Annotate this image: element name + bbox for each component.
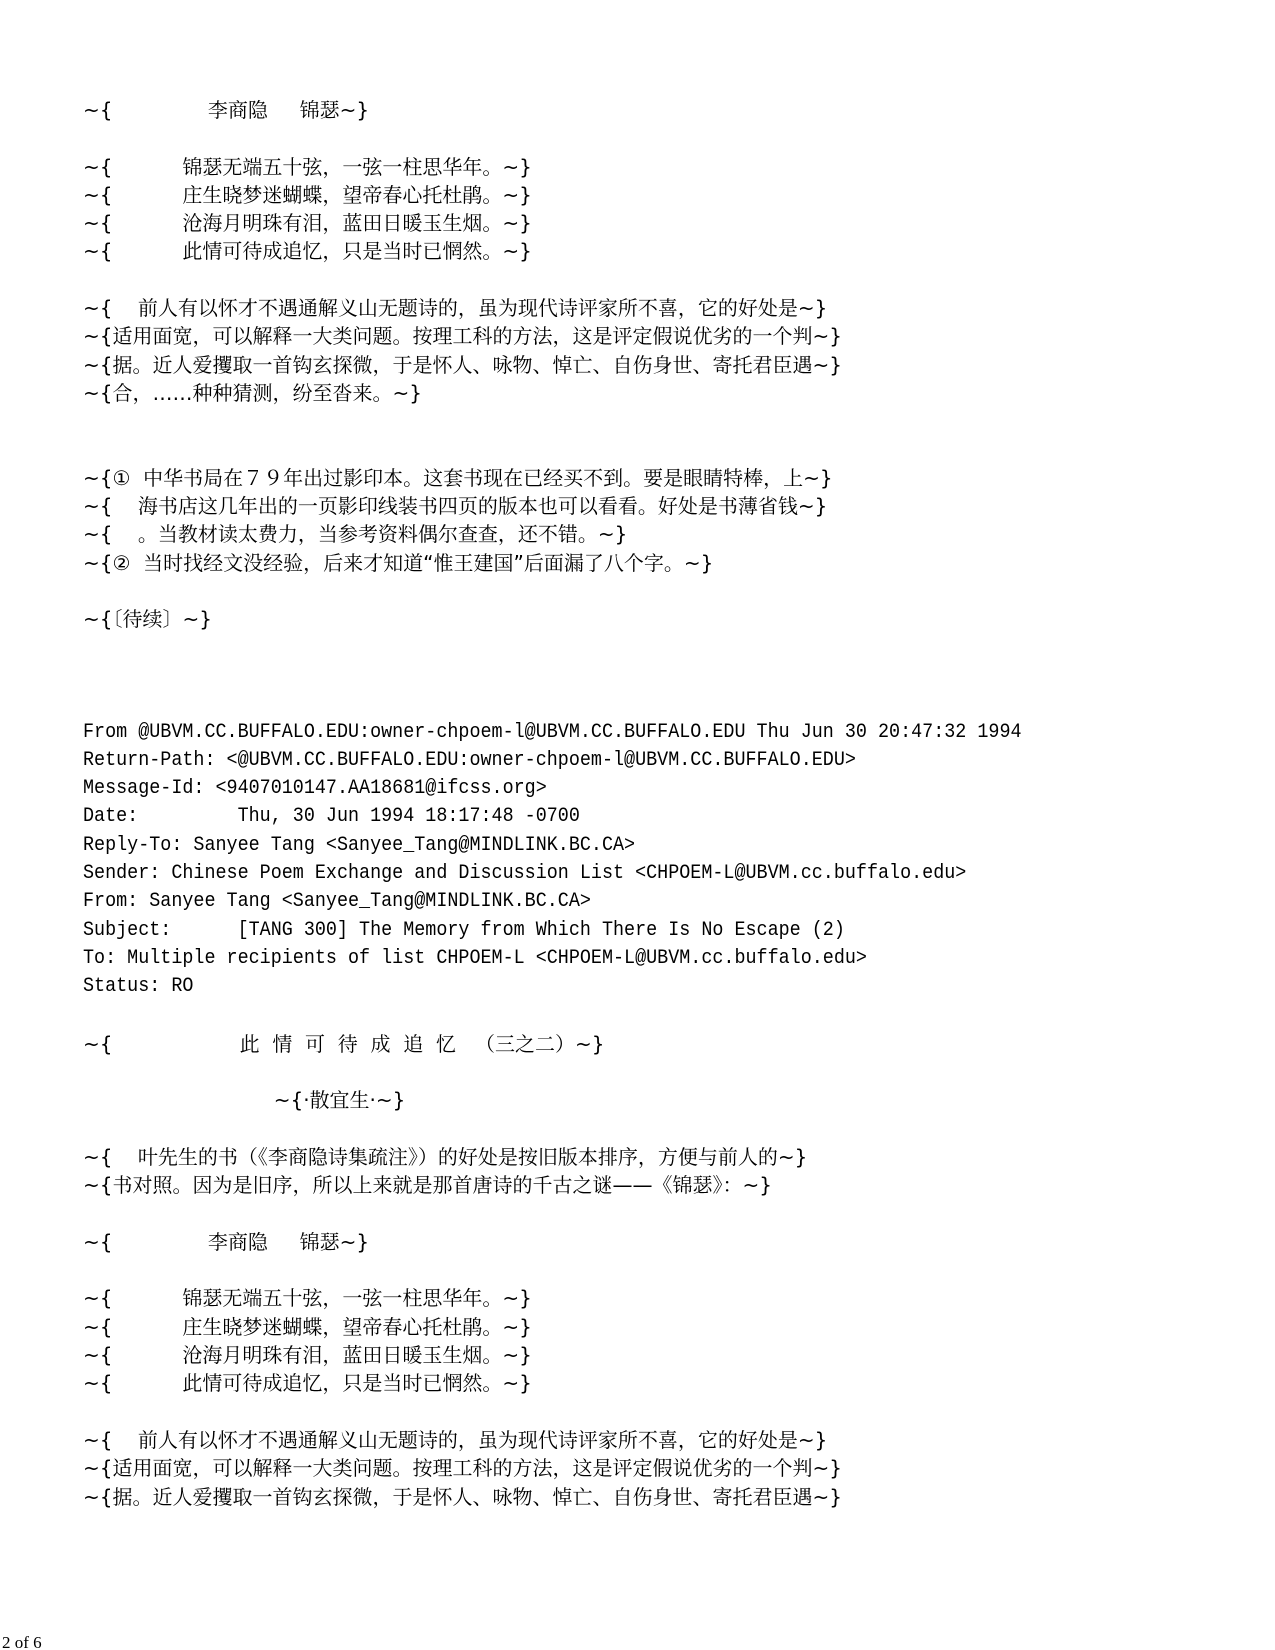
- header-from: From: Sanyee Tang <Sanyee_Tang@MINDLINK.…: [83, 888, 1141, 916]
- spacer: [83, 1058, 1233, 1086]
- spacer: [83, 1115, 1233, 1143]
- commentary-line: ~{ 前人有以怀才不遇通解义山无题诗的，虽为现代诗评家所不喜，它的好处是~}: [83, 1426, 1233, 1454]
- poem-title-line: ~{ 李商隐 锦瑟~}: [83, 1228, 1233, 1256]
- spacer: [83, 577, 1233, 605]
- spacer: [83, 1256, 1233, 1284]
- header-subject: Subject: [TANG 300] The Memory from Whic…: [83, 917, 1141, 945]
- commentary-line: ~{据。近人爱攫取一首钩玄探微，于是怀人、咏物、悼亡、自伤身世、寄托君臣遇~}: [83, 1483, 1233, 1511]
- poem-line: ~{ 沧海月明珠有泪，蓝田日暖玉生烟。~}: [83, 209, 1233, 237]
- poem-line: ~{ 此情可待成追忆，只是当时已惘然。~}: [83, 237, 1233, 265]
- spacer: [83, 407, 1233, 435]
- commentary-line: ~{据。近人爱攫取一首钩玄探微，于是怀人、咏物、悼亡、自伤身世、寄托君臣遇~}: [83, 351, 1233, 379]
- spacer: [83, 690, 1233, 718]
- commentary-line: ~{适用面宽，可以解释一大类问题。按理工科的方法，这是评定假说优劣的一个判~}: [83, 322, 1233, 350]
- header-return-path: Return-Path: <@UBVM.CC.BUFFALO.EDU:owner…: [83, 747, 1141, 775]
- poem-line: ~{ 锦瑟无端五十弦，一弦一柱思华年。~}: [83, 1284, 1233, 1312]
- commentary-line: ~{ 前人有以怀才不遇通解义山无题诗的，虽为现代诗评家所不喜，它的好处是~}: [83, 294, 1233, 322]
- spacer: [83, 1002, 1233, 1030]
- footnote-line: ~{ 海书店这几年出的一页影印线装书四页的版本也可以看看。好处是书薄省钱~}: [83, 492, 1233, 520]
- spacer: [83, 266, 1233, 294]
- header-date: Date: Thu, 30 Jun 1994 18:17:48 -0700: [83, 803, 1141, 831]
- poem-line: ~{ 庄生晓梦迷蝴蝶，望帝春心托杜鹃。~}: [83, 181, 1233, 209]
- header-sender: Sender: Chinese Poem Exchange and Discus…: [83, 860, 1141, 888]
- spacer: [83, 124, 1233, 152]
- header-status: Status: RO: [83, 973, 1141, 1001]
- poem-line: ~{ 此情可待成追忆，只是当时已惘然。~}: [83, 1369, 1233, 1397]
- footnote-line: ~{② 当时找经文没经验，后来才知道“惟王建国”后面漏了八个字。~}: [83, 549, 1233, 577]
- commentary-line: ~{适用面宽，可以解释一大类问题。按理工科的方法，这是评定假说优劣的一个判~}: [83, 1454, 1233, 1482]
- header-reply-to: Reply-To: Sanyee Tang <Sanyee_Tang@MINDL…: [83, 832, 1141, 860]
- article-title: ~{ 此 情 可 待 成 追 忆 （三之二）~}: [83, 1030, 1233, 1058]
- to-be-continued: ~{〔待续〕~}: [83, 605, 1233, 633]
- poem-line: ~{ 沧海月明珠有泪，蓝田日暖玉生烟。~}: [83, 1341, 1233, 1369]
- spacer: [83, 1200, 1233, 1228]
- footnote-line: ~{① 中华书局在７９年出过影印本。这套书现在已经买不到。要是眼睛特棒，上~}: [83, 464, 1233, 492]
- header-from-line: From @UBVM.CC.BUFFALO.EDU:owner-chpoem-l…: [83, 719, 1141, 747]
- spacer: [83, 1398, 1233, 1426]
- page-indicator: 2 of 6: [2, 1634, 42, 1650]
- spacer: [83, 634, 1233, 662]
- header-to: To: Multiple recipients of list CHPOEM-L…: [83, 945, 1141, 973]
- intro-line: ~{书对照。因为是旧序，所以上来就是那首唐诗的千古之谜——《锦瑟》：~}: [83, 1171, 1233, 1199]
- intro-line: ~{ 叶先生的书（《李商隐诗集疏注》）的好处是按旧版本排序，方便与前人的~}: [83, 1143, 1233, 1171]
- footnote-line: ~{ 。当教材读太费力，当参考资料偶尔查查，还不错。~}: [83, 520, 1233, 548]
- poem-line: ~{ 锦瑟无端五十弦，一弦一柱思华年。~}: [83, 153, 1233, 181]
- poem-title-line: ~{ 李商隐 锦瑟~}: [83, 96, 1233, 124]
- commentary-line: ~{合，……种种猜测，纷至沓来。~}: [83, 379, 1233, 407]
- email-archive-page: ~{ 李商隐 锦瑟~} ~{ 锦瑟无端五十弦，一弦一柱思华年。~} ~{ 庄生晓…: [83, 96, 1233, 1511]
- author-line: ~{·散宜生·~}: [83, 1086, 1233, 1114]
- poem-line: ~{ 庄生晓梦迷蝴蝶，望帝春心托杜鹃。~}: [83, 1313, 1233, 1341]
- header-message-id: Message-Id: <9407010147.AA18681@ifcss.or…: [83, 775, 1141, 803]
- spacer: [83, 662, 1233, 690]
- spacer: [83, 436, 1233, 464]
